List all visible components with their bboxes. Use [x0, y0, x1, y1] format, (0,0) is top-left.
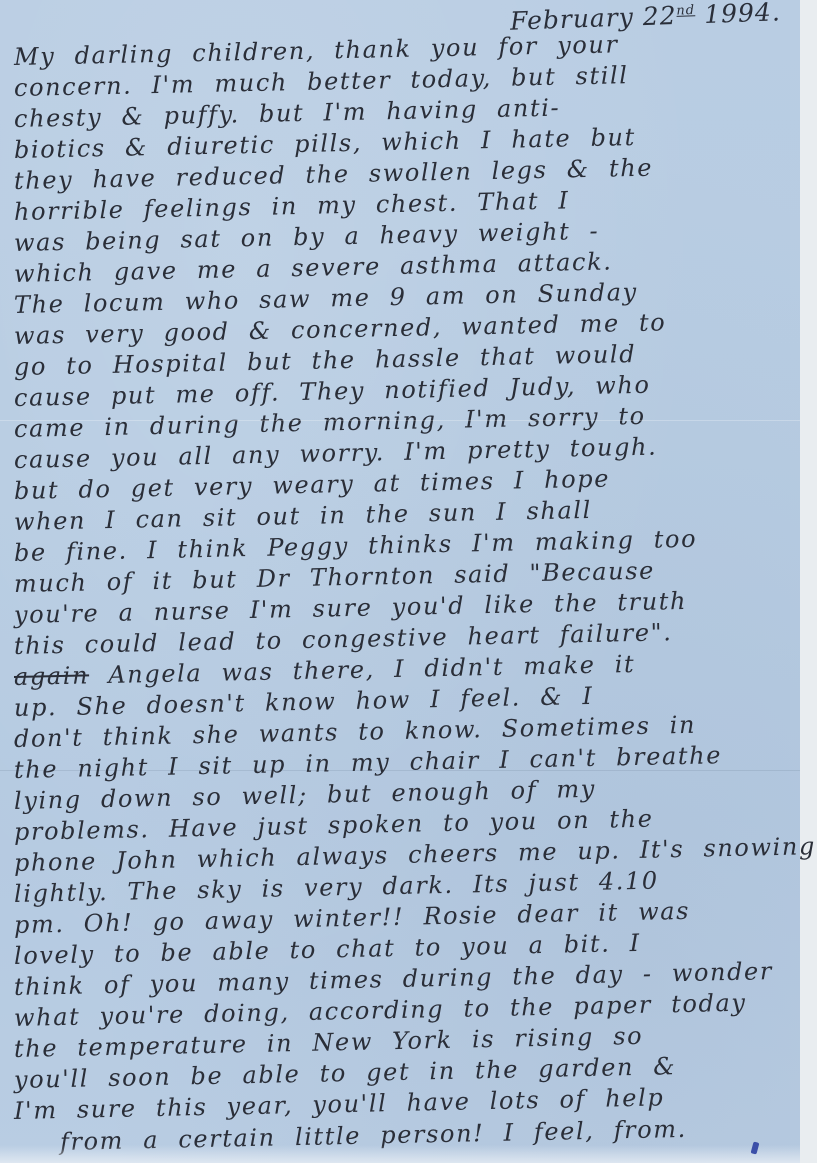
paper-bottom-edge — [0, 1145, 800, 1163]
letter-page: February 22nd 1994. My darling children,… — [0, 0, 800, 1163]
struck-word: again — [14, 661, 90, 691]
date-year: 1994. — [704, 0, 782, 29]
date-suffix: nd — [676, 3, 695, 19]
